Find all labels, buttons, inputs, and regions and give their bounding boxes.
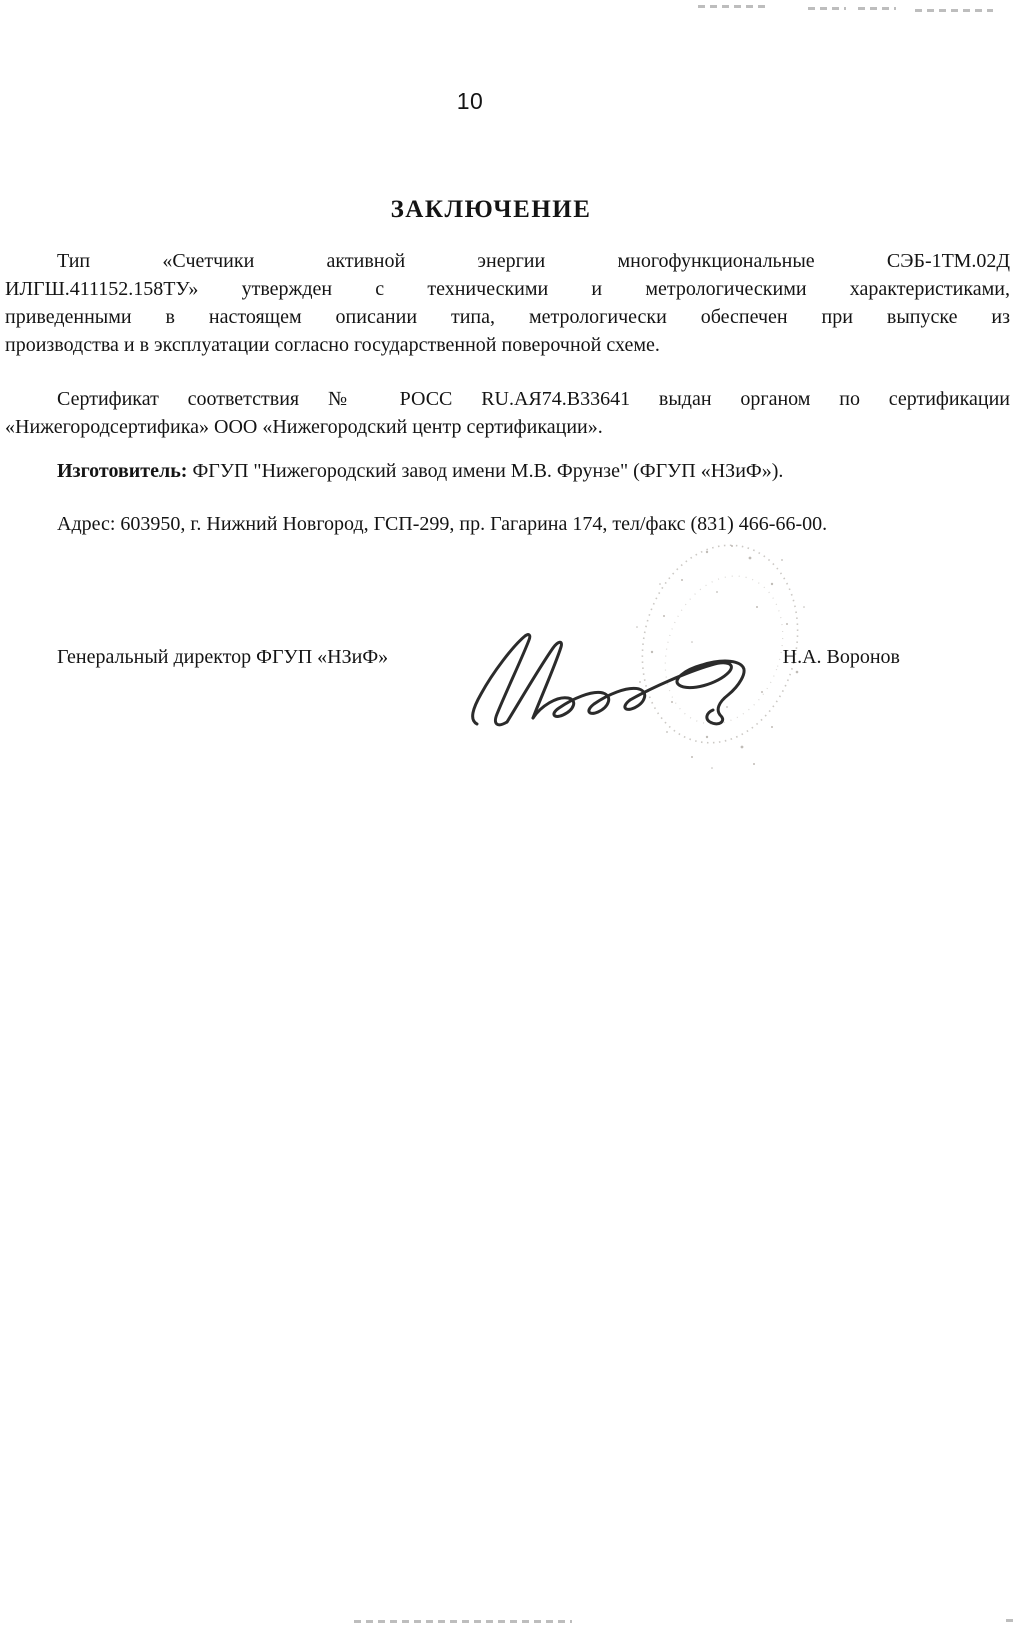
- scan-artifact-top: [698, 5, 766, 8]
- paragraph: Тип «Счетчики активной энергии многофунк…: [5, 247, 1010, 359]
- document-title: ЗАКЛЮЧЕНИЕ: [0, 196, 982, 224]
- paragraph: Изготовитель: ФГУП "Нижегородский завод …: [5, 457, 1010, 485]
- paragraph-line: Адрес: 603950, г. Нижний Новгород, ГСП-2…: [5, 510, 1010, 538]
- signatory-title: Генеральный директор ФГУП «НЗиФ»: [57, 643, 388, 671]
- paragraph-line: Тип «Счетчики активной энергии многофунк…: [5, 247, 1010, 275]
- page-number: 10: [0, 88, 940, 115]
- paragraph-line: ИЛГШ.411152.158ТУ» утвержден с техническ…: [5, 275, 1010, 303]
- paragraph-line: производства и в эксплуатации согласно г…: [5, 331, 1010, 359]
- scan-artifact-bottom: [1006, 1619, 1016, 1622]
- scan-artifact-top: [858, 7, 896, 10]
- paragraph: Сертификат соответствия № РОСС RU.АЯ74.В…: [5, 385, 1010, 441]
- signatory-name: Н.А. Воронов: [783, 643, 900, 671]
- scan-artifact-bottom: [354, 1620, 572, 1623]
- scan-artifact-top: [808, 7, 846, 10]
- signature-block: Генеральный директор ФГУП «НЗиФ» Н.А. Во…: [5, 643, 1012, 671]
- paragraph-line: Изготовитель: ФГУП "Нижегородский завод …: [5, 457, 1010, 485]
- document-body: Тип «Счетчики активной энергии многофунк…: [5, 247, 1010, 538]
- paragraph-line: Сертификат соответствия № РОСС RU.АЯ74.В…: [5, 385, 1010, 413]
- paragraph: Адрес: 603950, г. Нижний Новгород, ГСП-2…: [5, 510, 1010, 538]
- paragraph-line: «Нижегородсертифика» ООО «Нижегородский …: [5, 413, 1010, 441]
- scan-artifact-top: [915, 9, 993, 12]
- paragraph-line: приведенными в настоящем описании типа, …: [5, 303, 1010, 331]
